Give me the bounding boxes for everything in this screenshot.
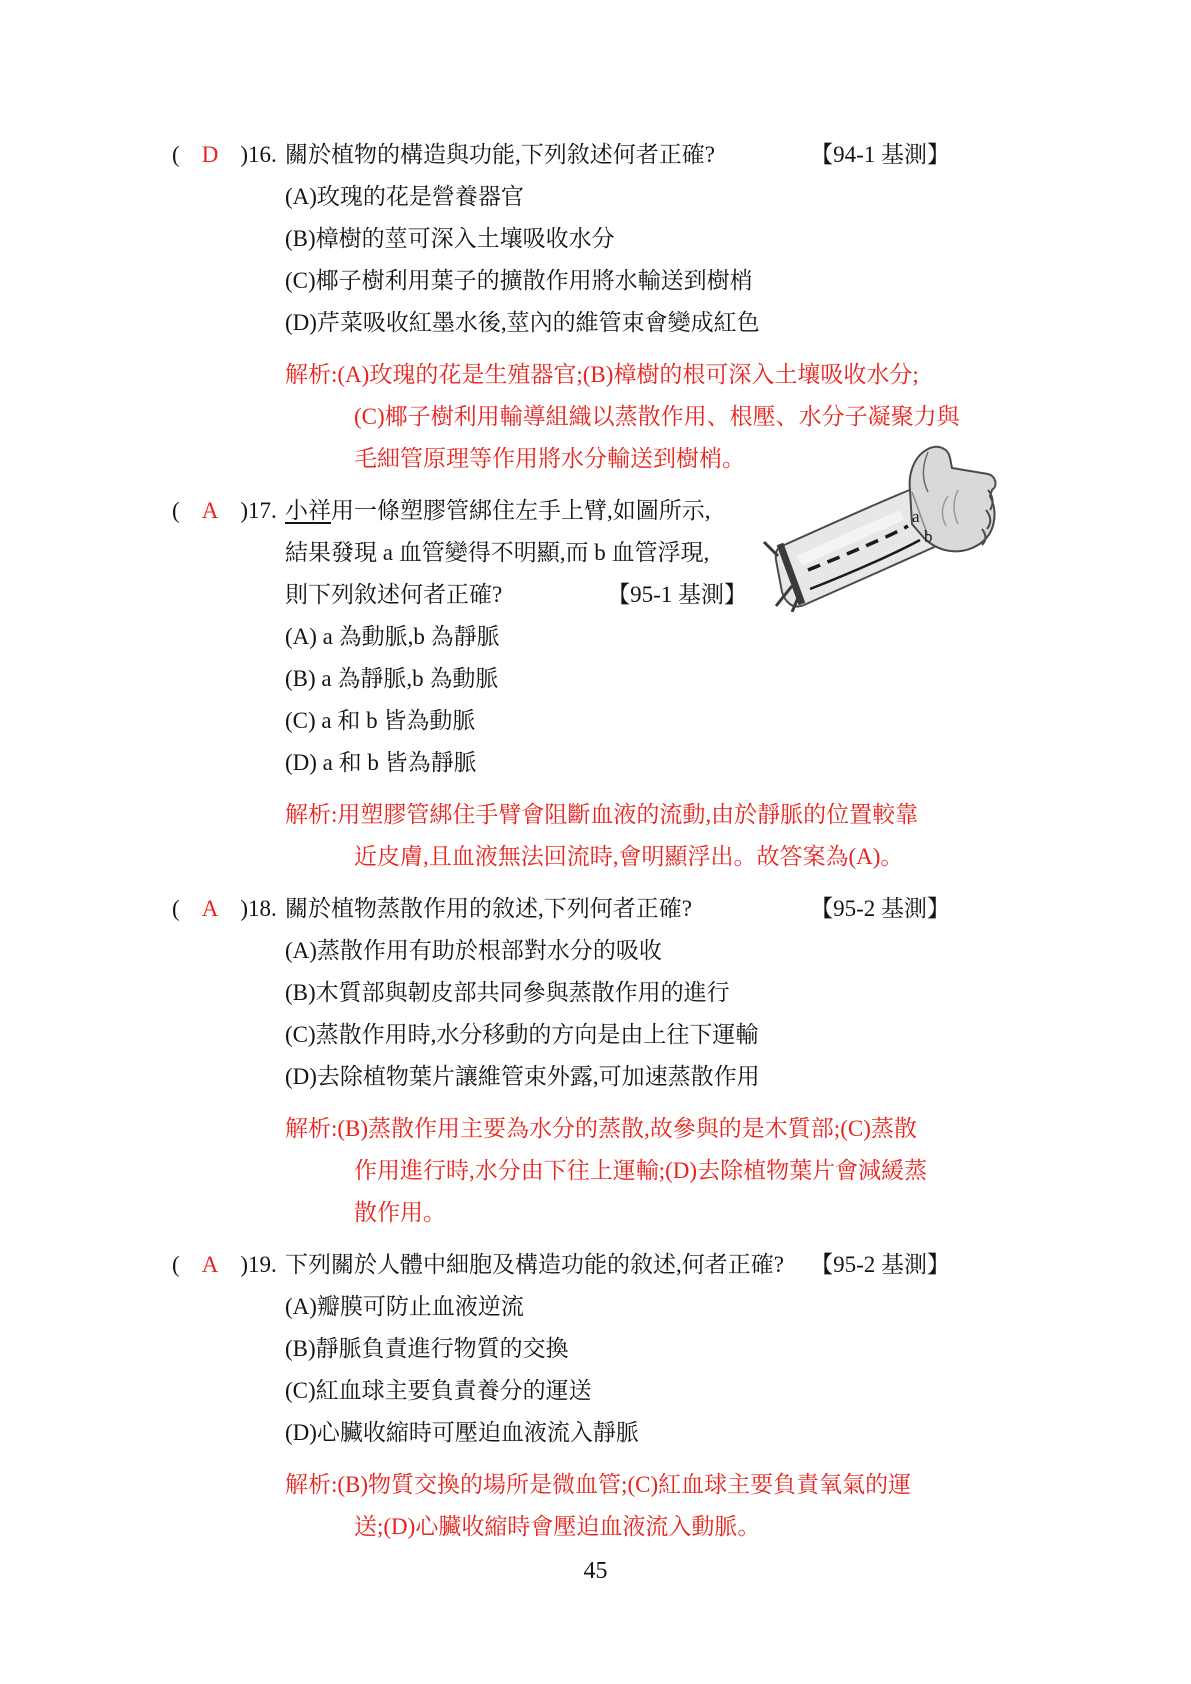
vessel-a-label: a [912, 507, 920, 526]
analysis-line: 解析:(B)蒸散作用主要為水分的蒸散,故參與的是木質部;(C)蒸散 [285, 1108, 950, 1150]
option-a: (A) a 為動脈,b 為靜脈 [285, 616, 950, 658]
stem-line: 則下列敘述何者正確? 【95-1 基測】 [285, 574, 747, 616]
option-b: (B)木質部與韌皮部共同參與蒸散作用的進行 [285, 972, 950, 1014]
answer-box: (D) [172, 134, 248, 176]
options-list: (A)蒸散作用有助於根部對水分的吸收 (B)木質部與韌皮部共同參與蒸散作用的進行… [172, 930, 950, 1098]
fist-shape [910, 447, 996, 551]
question-stem: 小祥用一條塑膠管綁住左手上臂,如圖所示, [285, 490, 711, 532]
analysis-line: 解析:(B)物質交換的場所是微血管;(C)紅血球主要負責氧氣的運 [285, 1464, 950, 1506]
question-19: (A) 19. 下列關於人體中細胞及構造功能的敘述,何者正確? 【95-2 基測… [172, 1244, 950, 1548]
question-number: 17. [248, 490, 285, 532]
paren-open: ( [172, 1244, 180, 1286]
options-list: (A) a 為動脈,b 為靜脈 (B) a 為靜脈,b 為動脈 (C) a 和 … [172, 616, 950, 784]
question-number: 18. [248, 888, 285, 930]
analysis-line: 解析:(A)玫瑰的花是生殖器官;(B)樟樹的根可深入土壤吸收水分; [285, 354, 950, 396]
analysis-line: (C)椰子樹利用輸導組織以蒸散作用、根壓、水分子凝聚力與 [285, 396, 950, 438]
option-a: (A)玫瑰的花是營養器官 [285, 176, 950, 218]
exam-page: (D) 16. 關於植物的構造與功能,下列敘述何者正確? 【94-1 基測】 (… [0, 0, 1191, 1684]
analysis-line: 散作用。 [285, 1192, 950, 1234]
analysis-line: 作用進行時,水分由下往上運輸;(D)去除植物葉片會減緩蒸 [285, 1150, 950, 1192]
option-c: (C)椰子樹利用葉子的擴散作用將水輸送到樹梢 [285, 260, 950, 302]
question-19-header: (A) 19. 下列關於人體中細胞及構造功能的敘述,何者正確? 【95-2 基測… [172, 1244, 950, 1286]
option-d: (D)芹菜吸收紅墨水後,莖內的維管束會變成紅色 [285, 302, 950, 344]
analysis-label: 解析: [285, 802, 337, 827]
option-c: (C)紅血球主要負責養分的運送 [285, 1370, 950, 1412]
analysis-label: 解析: [285, 362, 337, 387]
options-list: (A)玫瑰的花是營養器官 (B)樟樹的莖可深入土壤吸收水分 (C)椰子樹利用葉子… [172, 176, 950, 344]
analysis-text: (B)蒸散作用主要為水分的蒸散,故參與的是木質部;(C)蒸散 [337, 1116, 916, 1141]
option-a: (A)瓣膜可防止血液逆流 [285, 1286, 950, 1328]
analysis-block: 解析:(B)物質交換的場所是微血管;(C)紅血球主要負責氧氣的運 送;(D)心臟… [172, 1464, 950, 1548]
question-16: (D) 16. 關於植物的構造與功能,下列敘述何者正確? 【94-1 基測】 (… [172, 134, 950, 480]
answer-letter: A [202, 490, 219, 532]
underlined-name: 小祥 [285, 498, 331, 523]
options-list: (A)瓣膜可防止血液逆流 (B)靜脈負責進行物質的交換 (C)紅血球主要負責養分… [172, 1286, 950, 1454]
paren-close: ) [240, 1244, 248, 1286]
analysis-label: 解析: [285, 1116, 337, 1141]
question-18-header: (A) 18. 關於植物蒸散作用的敘述,下列何者正確? 【95-2 基測】 [172, 888, 950, 930]
option-b: (B)靜脈負責進行物質的交換 [285, 1328, 950, 1370]
question-stem: 關於植物蒸散作用的敘述,下列何者正確? [285, 888, 692, 930]
option-d: (D) a 和 b 皆為靜脈 [285, 742, 950, 784]
answer-letter: A [202, 1244, 219, 1286]
arm-illustration: a b [752, 440, 1002, 612]
answer-letter: D [202, 134, 219, 176]
option-b: (B)樟樹的莖可深入土壤吸收水分 [285, 218, 950, 260]
option-a: (A)蒸散作用有助於根部對水分的吸收 [285, 930, 950, 972]
analysis-text: 用塑膠管綁住手臂會阻斷血液的流動,由於靜脈的位置較靠 [337, 802, 918, 827]
question-18: (A) 18. 關於植物蒸散作用的敘述,下列何者正確? 【95-2 基測】 (A… [172, 888, 950, 1234]
option-c: (C)蒸散作用時,水分移動的方向是由上往下運輸 [285, 1014, 950, 1056]
answer-box: (A) [172, 888, 248, 930]
analysis-line: 送;(D)心臟收縮時會壓迫血液流入動脈。 [285, 1506, 950, 1548]
page-content: (D) 16. 關於植物的構造與功能,下列敘述何者正確? 【94-1 基測】 (… [172, 134, 950, 1558]
stem-text: 則下列敘述何者正確? [285, 574, 502, 616]
option-d: (D)去除植物葉片讓維管束外露,可加速蒸散作用 [285, 1056, 950, 1098]
page-number: 45 [0, 1550, 1191, 1592]
paren-open: ( [172, 490, 180, 532]
analysis-block: 解析:用塑膠管綁住手臂會阻斷血液的流動,由於靜脈的位置較靠 近皮膚,且血液無法回… [172, 794, 950, 878]
question-stem: 下列關於人體中細胞及構造功能的敘述,何者正確? [285, 1244, 784, 1286]
question-stem: 關於植物的構造與功能,下列敘述何者正確? [285, 134, 715, 176]
analysis-line: 解析:用塑膠管綁住手臂會阻斷血液的流動,由於靜脈的位置較靠 [285, 794, 950, 836]
exam-source-tag: 【95-2 基測】 [810, 888, 950, 930]
paren-close: ) [240, 490, 248, 532]
answer-box: (A) [172, 490, 248, 532]
exam-source-tag: 【94-1 基測】 [810, 134, 950, 176]
paren-close: ) [240, 134, 248, 176]
option-b: (B) a 為靜脈,b 為動脈 [285, 658, 950, 700]
analysis-text: (A)玫瑰的花是生殖器官;(B)樟樹的根可深入土壤吸收水分; [337, 362, 918, 387]
exam-source-tag: 【95-1 基測】 [607, 574, 747, 616]
arm-figure: a b [752, 440, 1002, 612]
analysis-text: (B)物質交換的場所是微血管;(C)紅血球主要負責氧氣的運 [337, 1472, 911, 1497]
vessel-b-label: b [924, 527, 933, 546]
answer-box: (A) [172, 1244, 248, 1286]
analysis-line: 近皮膚,且血液無法回流時,會明顯浮出。故答案為(A)。 [285, 836, 950, 878]
exam-source-tag: 【95-2 基測】 [810, 1244, 950, 1286]
paren-open: ( [172, 888, 180, 930]
analysis-label: 解析: [285, 1472, 337, 1497]
question-16-header: (D) 16. 關於植物的構造與功能,下列敘述何者正確? 【94-1 基測】 [172, 134, 950, 176]
option-d: (D)心臟收縮時可壓迫血液流入靜脈 [285, 1412, 950, 1454]
option-c: (C) a 和 b 皆為動脈 [285, 700, 950, 742]
paren-open: ( [172, 134, 180, 176]
paren-close: ) [240, 888, 248, 930]
stem-text: 用一條塑膠管綁住左手上臂,如圖所示, [331, 498, 711, 523]
question-number: 19. [248, 1244, 285, 1286]
analysis-block: 解析:(B)蒸散作用主要為水分的蒸散,故參與的是木質部;(C)蒸散 作用進行時,… [172, 1108, 950, 1234]
answer-letter: A [202, 888, 219, 930]
question-number: 16. [248, 134, 285, 176]
